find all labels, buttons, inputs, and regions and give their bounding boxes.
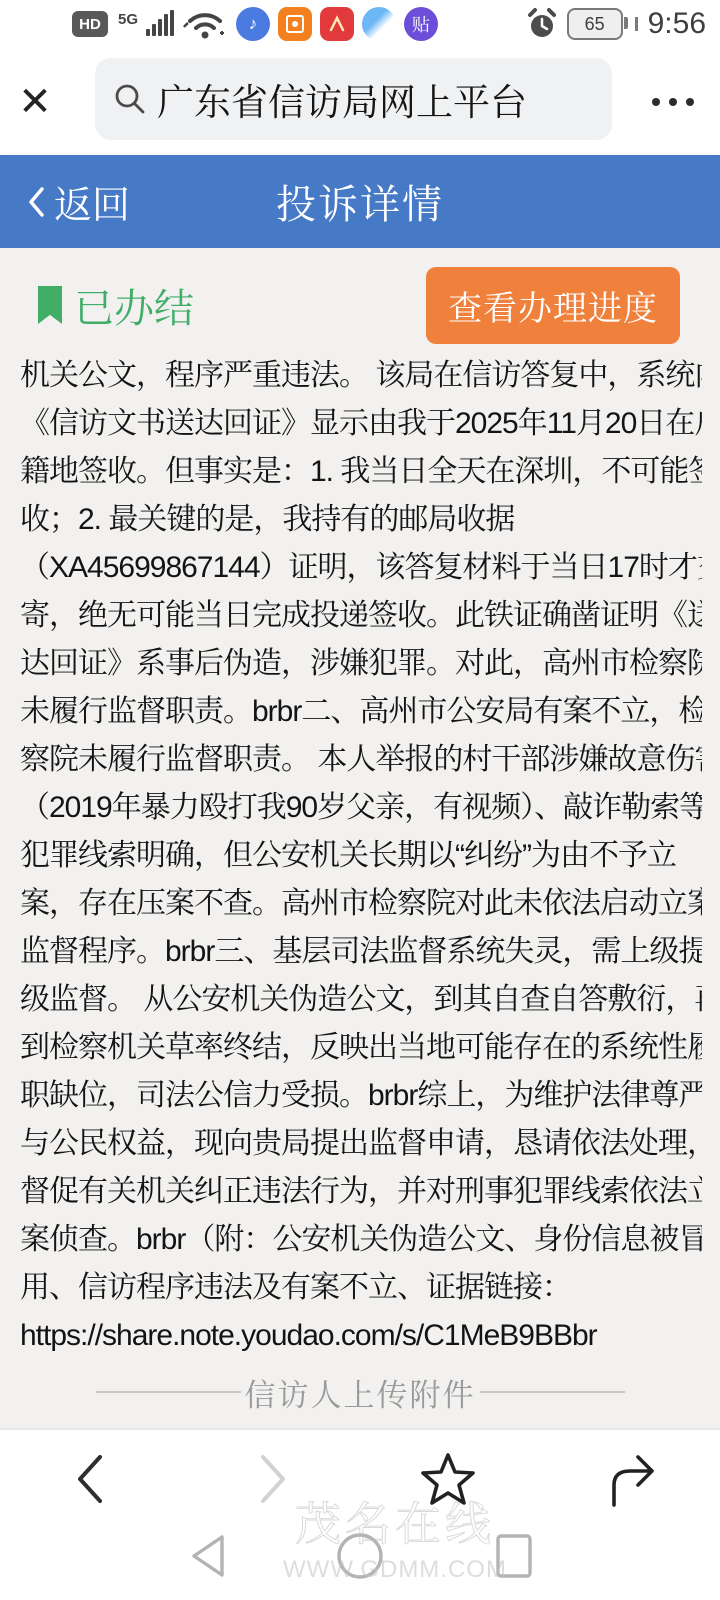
red-packet-app-icon — [278, 7, 312, 41]
complaint-detail-content: 已办结 查看办理进度 机关公文，程序严重违法。 该局在信访答复中，系统内《信访文… — [0, 248, 720, 1428]
tieba-app-icon: 贴 — [404, 7, 438, 41]
clock-time: 9:56 — [648, 7, 706, 41]
browser-back-button[interactable] — [60, 1448, 120, 1510]
battery-percent: 65 — [585, 14, 605, 35]
back-button[interactable]: 返回 — [26, 155, 130, 248]
browser-forward-button[interactable] — [243, 1448, 303, 1510]
back-label: 返回 — [54, 174, 130, 229]
more-menu-icon[interactable] — [644, 48, 702, 155]
page-header: 投诉详情 返回 — [0, 155, 720, 248]
complaint-body-text: 机关公文，程序严重违法。 该局在信访答复中，系统内《信访文书送达回证》显示由我于… — [20, 352, 702, 1360]
search-value: 广东省信访局网上平台 — [157, 72, 527, 126]
forward-arrow-icon — [251, 1449, 295, 1509]
share-arrow-icon — [604, 1449, 658, 1509]
body-text-line: 未履行监督职责。brbr二、高州市公安局有案不立，检 — [20, 688, 702, 736]
body-text-line: 用、信访程序违法及有案不立、证据链接： — [20, 1264, 702, 1312]
search-input[interactable]: 广东省信访局网上平台 — [95, 58, 612, 140]
body-text-line: 级监督。 从公安机关伪造公文，到其自查自答敷衍，再 — [20, 976, 702, 1024]
music-app-icon: ♪ — [236, 7, 270, 41]
body-text-line: 职缺位，司法公信力受损。brbr综上，为维护法律尊严 — [20, 1072, 702, 1120]
body-text-line: 达回证》系事后伪造，涉嫌犯罪。对此，高州市检察院 — [20, 640, 702, 688]
body-text-line: （2019年暴力殴打我90岁父亲，有视频）、敲诈勒索等 — [20, 784, 702, 832]
wifi-icon — [182, 7, 228, 41]
star-icon — [419, 1450, 477, 1508]
body-text-line: 到检察机关草率终结，反映出当地可能存在的系统性履 — [20, 1024, 702, 1072]
body-text-line: 案，存在压案不查。高州市检察院对此未依法启动立案 — [20, 880, 702, 928]
android-home-button[interactable] — [332, 1528, 388, 1584]
bookmark-star-button[interactable] — [418, 1448, 478, 1510]
hd-indicator-icon: HD — [72, 11, 108, 37]
body-text-line: 《信访文书送达回证》显示由我于2025年11月20日在户 — [20, 400, 702, 448]
body-text-line: https://share.note.youdao.com/s/C1MeB9BB… — [20, 1312, 702, 1360]
body-text-line: （XA45699867144）证明，该答复材料于当日17时才交 — [20, 544, 702, 592]
body-text-line: 案侦查。brbr（附：公安机关伪造公文、身份信息被冒 — [20, 1216, 702, 1264]
body-text-line: 察院未履行监督职责。 本人举报的村干部涉嫌故意伤害 — [20, 736, 702, 784]
alarm-icon — [525, 7, 559, 41]
divider-line-right — [480, 1391, 625, 1393]
chevron-left-icon — [26, 185, 46, 219]
divider-line-left — [96, 1391, 241, 1393]
status-badge: 已办结 — [74, 277, 194, 334]
view-progress-button[interactable]: 查看办理进度 — [426, 267, 680, 344]
body-text-line: 籍地签收。但事实是：1. 我当日全天在深圳，不可能签 — [20, 448, 702, 496]
body-text-line: 犯罪线索明确，但公安机关长期以“纠纷”为由不予立 — [20, 832, 702, 880]
share-button[interactable] — [601, 1448, 661, 1510]
nav-square-icon — [492, 1531, 536, 1581]
battery-icon: 65 — [567, 8, 623, 40]
body-text-line: 寄，绝无可能当日完成投递签收。此铁证确凿证明《送 — [20, 592, 702, 640]
bookmark-icon — [38, 286, 62, 324]
back-arrow-icon — [68, 1449, 112, 1509]
battery-terminal-icon — [635, 17, 638, 31]
close-icon[interactable]: ✕ — [0, 82, 70, 122]
body-text-line: 与公民权益，现向贵局提出监督申请，恳请依法处理， — [20, 1120, 702, 1168]
body-text-line: 督促有关机关纠正违法行为，并对刑事犯罪线索依法立 — [20, 1168, 702, 1216]
attachments-divider-label: 信访人上传附件 — [241, 1370, 480, 1415]
browser-app-icon — [362, 7, 396, 41]
shopping-app-icon — [320, 7, 354, 41]
status-bar: HD 5G ♪ 贴 65 9:56 — [0, 0, 720, 48]
android-back-button[interactable] — [180, 1528, 236, 1584]
network-type-label: 5G — [118, 11, 138, 28]
body-text-line: 机关公文，程序严重违法。 该局在信访答复中，系统内 — [20, 352, 702, 400]
status-row: 已办结 查看办理进度 — [0, 274, 720, 336]
search-icon — [113, 82, 147, 116]
body-text-line: 收；2. 最关键的是，我持有的邮局收据 — [20, 496, 702, 544]
attachments-divider: 信访人上传附件 — [0, 1370, 720, 1414]
nav-triangle-icon — [186, 1531, 230, 1581]
android-recents-button[interactable] — [486, 1528, 542, 1584]
browser-bar: ✕ 广东省信访局网上平台 — [0, 48, 720, 155]
signal-strength-icon — [146, 12, 174, 36]
nav-circle-icon — [335, 1531, 385, 1581]
body-text-line: 监督程序。brbr三、基层司法监督系统失灵，需上级提 — [20, 928, 702, 976]
